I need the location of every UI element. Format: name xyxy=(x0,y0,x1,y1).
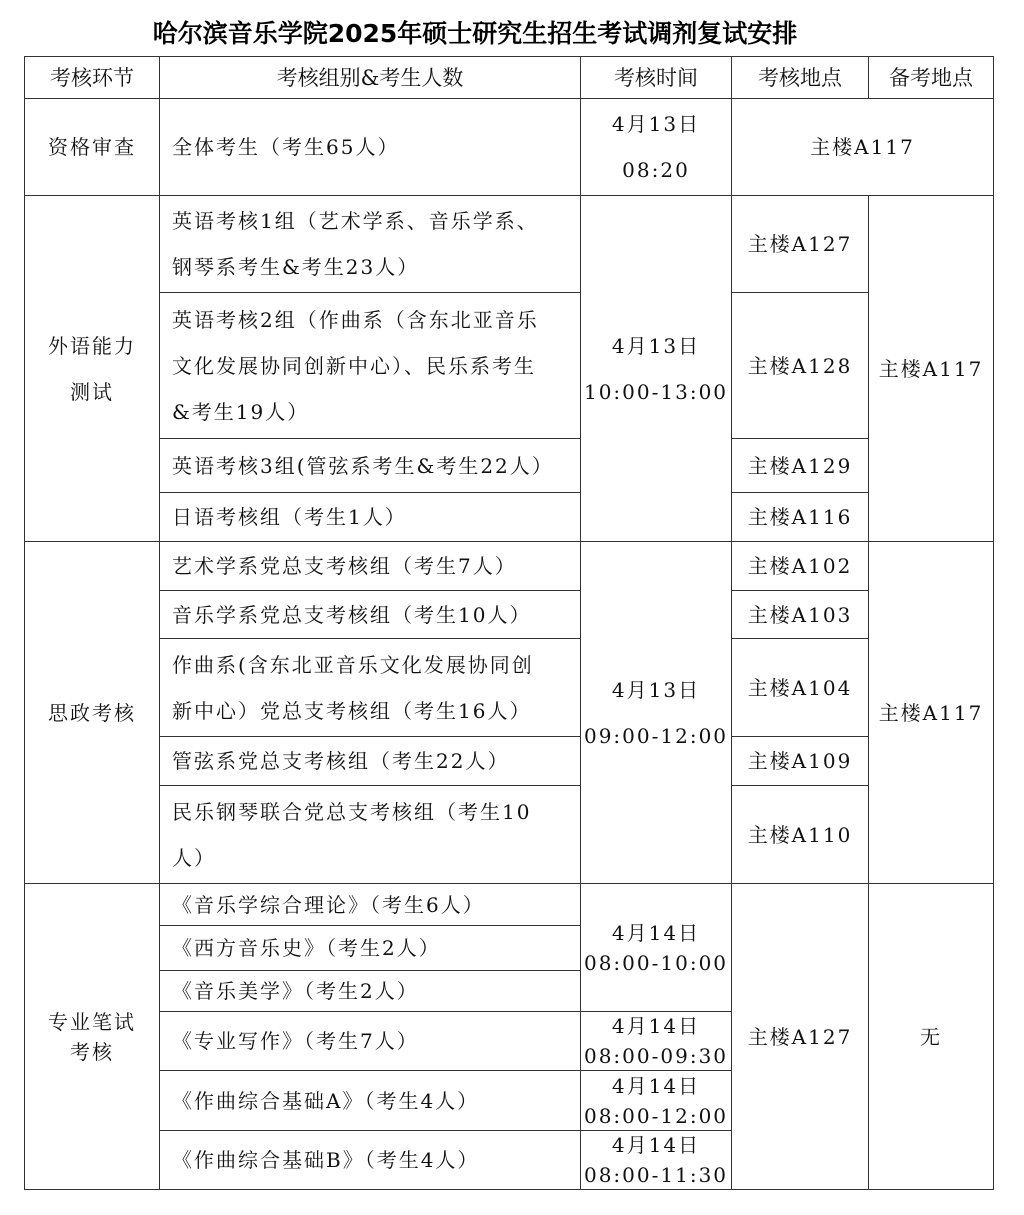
stage-label: 外语能力 测试 xyxy=(48,323,136,415)
standby-label: 无 xyxy=(920,1014,942,1060)
group-label: 《音乐美学》（考生2人） xyxy=(172,968,419,1014)
location-label: 主楼A129 xyxy=(748,443,853,489)
group-label: 民乐钢琴联合党总支考核组（考生10 人） xyxy=(172,789,531,881)
standby-label: 主楼A117 xyxy=(879,346,984,392)
time-label: 4月13日 09:00-12:00 xyxy=(584,667,728,759)
stage-label: 资格审查 xyxy=(48,124,136,170)
group-label: 《专业写作》（考生7人） xyxy=(172,1018,419,1064)
location-cell: 主楼A110 xyxy=(731,785,869,884)
standby-cell: 主楼A117 xyxy=(868,541,994,884)
header-time: 考核时间 xyxy=(580,56,732,99)
stage-written: 专业笔试 考核 xyxy=(24,883,160,1190)
time-cell: 4月13日 10:00-13:00 xyxy=(580,195,732,542)
group-cell: 《音乐学综合理论》（考生6人） xyxy=(159,883,581,926)
group-label: 作曲系(含东北亚音乐文化发展协同创 新中心）党总支考核组（考生16人） xyxy=(172,642,534,734)
location-cell: 主楼A103 xyxy=(731,590,869,639)
location-cell: 主楼A128 xyxy=(731,292,869,439)
group-cell: 《专业写作》（考生7人） xyxy=(159,1011,581,1071)
location-label: 主楼A127 xyxy=(748,221,853,267)
header-location-label: 考核地点 xyxy=(758,55,842,101)
group-cell: 管弦系党总支考核组（考生22人） xyxy=(159,736,581,786)
group-label: 《音乐学综合理论》（考生6人） xyxy=(172,882,485,928)
location-label: 主楼A104 xyxy=(748,665,853,711)
header-groups-label: 考核组别&考生人数 xyxy=(277,55,464,101)
stage-language: 外语能力 测试 xyxy=(24,195,160,542)
location-label: 主楼A103 xyxy=(748,592,853,638)
group-cell: 《作曲综合基础A》（考生4人） xyxy=(159,1070,581,1131)
group-label: 《西方音乐史》（考生2人） xyxy=(172,925,441,971)
time-label: 4月13日 10:00-13:00 xyxy=(584,323,728,415)
header-groups: 考核组别&考生人数 xyxy=(159,56,581,99)
group-cell: 作曲系(含东北亚音乐文化发展协同创 新中心）党总支考核组（考生16人） xyxy=(159,638,581,737)
stage-label: 思政考核 xyxy=(48,690,136,736)
group-label: 管弦系党总支考核组（考生22人） xyxy=(172,738,509,784)
group-label: 英语考核3组(管弦系考生&考生22人） xyxy=(172,443,554,489)
standby-cell: 无 xyxy=(868,883,994,1190)
time-label: 4月14日 08:00-12:00 xyxy=(584,1071,728,1131)
group-label: 日语考核组（考生1人） xyxy=(172,494,407,540)
group-label: 艺术学系党总支考核组（考生7人） xyxy=(172,543,517,589)
stage-label: 专业笔试 考核 xyxy=(48,1007,136,1067)
header-standby-label: 备考地点 xyxy=(889,55,973,101)
header-stage: 考核环节 xyxy=(24,56,160,99)
location-label: 主楼A128 xyxy=(748,343,853,389)
standby-cell: 主楼A117 xyxy=(868,195,994,542)
group-cell: 全体考生（考生65人） xyxy=(159,98,581,196)
group-label: 全体考生（考生65人） xyxy=(172,124,399,170)
time-label: 4月13日 08:20 xyxy=(612,101,700,193)
group-label: 《作曲综合基础A》（考生4人） xyxy=(172,1078,479,1124)
location-label: 主楼A117 xyxy=(810,124,915,170)
group-cell: 民乐钢琴联合党总支考核组（考生10 人） xyxy=(159,785,581,884)
group-cell: 日语考核组（考生1人） xyxy=(159,492,581,542)
group-cell: 艺术学系党总支考核组（考生7人） xyxy=(159,541,581,591)
group-label: 英语考核1组（艺术学系、音乐学系、 钢琴系考生&考生23人） xyxy=(172,198,539,290)
group-cell: 英语考核2组（作曲系（含东北亚音乐 文化发展协同创新中心）、民乐系考生 &考生1… xyxy=(159,292,581,439)
standby-label: 主楼A117 xyxy=(879,690,984,736)
group-label: 音乐学系党总支考核组（考生10人） xyxy=(172,592,531,638)
document-title: 哈尔滨音乐学院2025年硕士研究生招生考试调剂复试安排 xyxy=(0,14,950,50)
time-cell: 4月14日 08:00-11:30 xyxy=(580,1130,732,1190)
time-label: 4月14日 08:00-10:00 xyxy=(584,918,728,978)
group-cell: 《西方音乐史》（考生2人） xyxy=(159,925,581,971)
time-cell: 4月14日 08:00-10:00 xyxy=(580,883,732,1012)
time-cell: 4月14日 08:00-09:30 xyxy=(580,1011,732,1071)
group-cell: 《音乐美学》（考生2人） xyxy=(159,970,581,1012)
location-cell: 主楼A116 xyxy=(731,492,869,542)
location-cell: 主楼A129 xyxy=(731,438,869,493)
group-label: 《作曲综合基础B》（考生4人） xyxy=(172,1137,479,1183)
time-cell: 4月13日 09:00-12:00 xyxy=(580,541,732,884)
header-location: 考核地点 xyxy=(731,56,869,99)
time-cell: 4月14日 08:00-12:00 xyxy=(580,1070,732,1131)
location-label: 主楼A110 xyxy=(748,812,853,858)
location-label: 主楼A102 xyxy=(748,543,853,589)
time-label: 4月14日 08:00-09:30 xyxy=(584,1011,728,1071)
location-cell: 主楼A109 xyxy=(731,736,869,786)
group-cell: 音乐学系党总支考核组（考生10人） xyxy=(159,590,581,639)
location-cell: 主楼A104 xyxy=(731,638,869,737)
location-cell: 主楼A127 xyxy=(731,195,869,293)
location-cell-merged: 主楼A117 xyxy=(731,98,994,196)
group-cell: 英语考核3组(管弦系考生&考生22人） xyxy=(159,438,581,493)
location-cell: 主楼A127 xyxy=(731,883,869,1190)
header-standby: 备考地点 xyxy=(868,56,994,99)
time-cell: 4月13日 08:20 xyxy=(580,98,732,196)
group-cell: 《作曲综合基础B》（考生4人） xyxy=(159,1130,581,1190)
location-cell: 主楼A102 xyxy=(731,541,869,591)
header-stage-label: 考核环节 xyxy=(50,55,134,101)
time-label: 4月14日 08:00-11:30 xyxy=(584,1130,728,1190)
location-label: 主楼A109 xyxy=(748,738,853,784)
stage-qualification: 资格审查 xyxy=(24,98,160,196)
location-label: 主楼A127 xyxy=(748,1014,853,1060)
header-time-label: 考核时间 xyxy=(614,55,698,101)
group-label: 英语考核2组（作曲系（含东北亚音乐 文化发展协同创新中心）、民乐系考生 &考生1… xyxy=(172,297,539,435)
group-cell: 英语考核1组（艺术学系、音乐学系、 钢琴系考生&考生23人） xyxy=(159,195,581,293)
location-label: 主楼A116 xyxy=(748,494,853,540)
stage-political: 思政考核 xyxy=(24,541,160,884)
